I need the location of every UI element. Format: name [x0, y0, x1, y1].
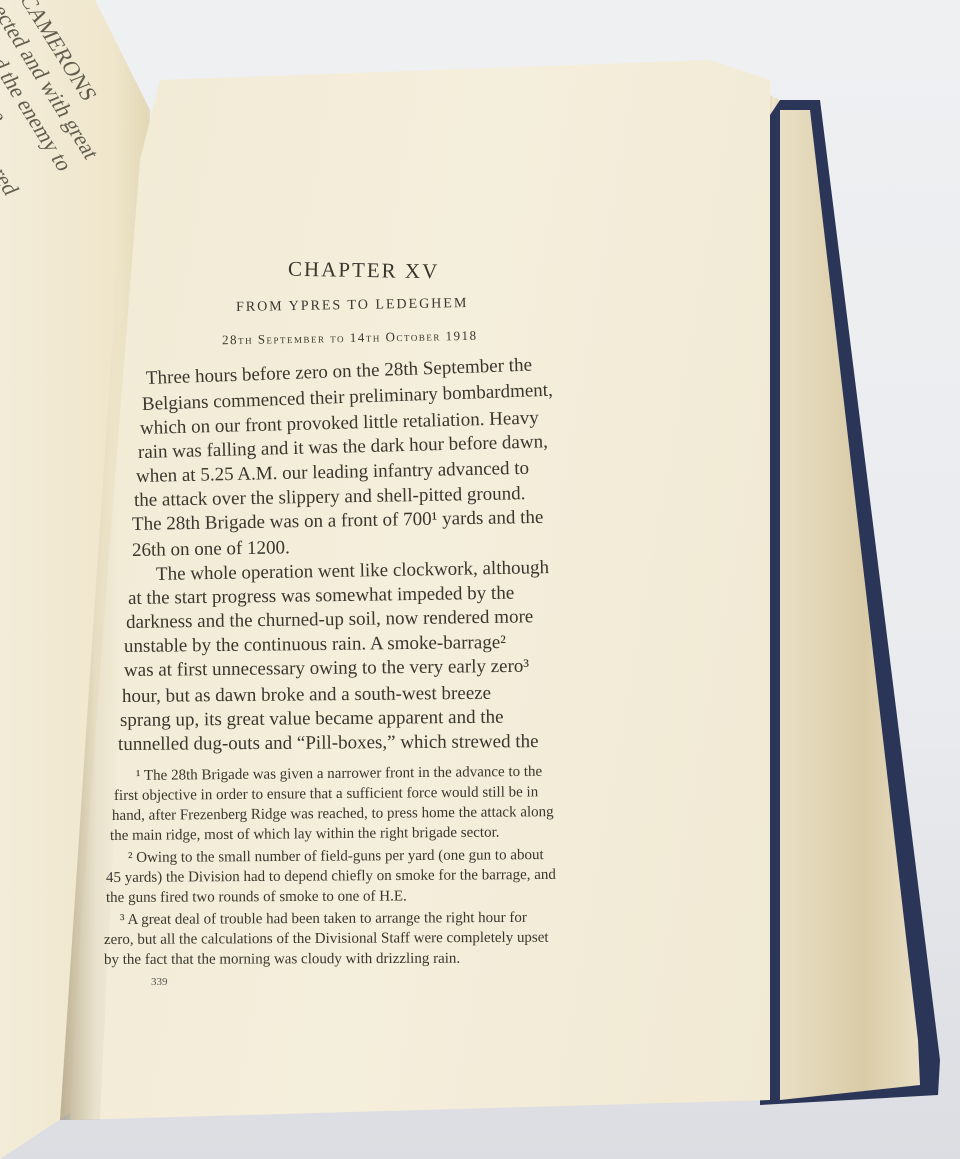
footnote-line: zero, but all the calculations of the Di… — [104, 930, 549, 949]
footnote-line: by the fact that the morning was cloudy … — [104, 951, 460, 969]
body-line: 26th on one of 1200. — [132, 537, 290, 562]
footnote-line: ³ A great deal of trouble had been taken… — [120, 910, 527, 929]
footnote-line: the guns fired two rounds of smoke to on… — [106, 888, 407, 907]
body-line: tunnelled dug-outs and “Pill-boxes,” whi… — [118, 731, 539, 756]
left-page-text: CAMERONS ected and with great caused the… — [0, 0, 125, 339]
footnote-line: ² Owing to the small number of field-gun… — [128, 847, 544, 867]
body-line: sprang up, its great value became appare… — [120, 707, 504, 732]
body-line: was at first unnecessary owing to the ve… — [124, 656, 529, 682]
footnote-line: 45 yards) the Division had to depend chi… — [106, 867, 556, 887]
footnote-line: the main ridge, most of which lay within… — [110, 825, 500, 845]
fore-edge — [780, 110, 920, 1100]
body-line: unstable by the continuous rain. A smoke… — [124, 632, 506, 658]
chapter-title: CHAPTER XV — [288, 257, 440, 285]
page-number: 339 — [151, 976, 168, 988]
body-line: hour, but as dawn broke and a south-west… — [122, 683, 491, 708]
